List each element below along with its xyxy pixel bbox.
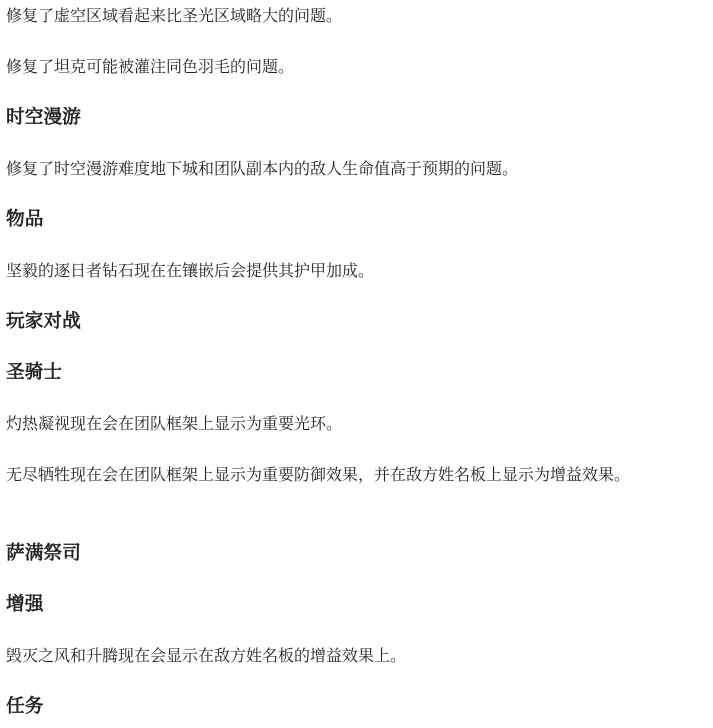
paragraph-timewalking-health-fix: 修复了时空漫游难度地下城和团队副本内的敌人生命值高于预期的问题。	[6, 155, 701, 182]
paragraph-ultimate-sacrifice: 无尽牺牲现在会在团队框架上显示为重要防御效果，并在敌方姓名板上显示为增益效果。	[6, 461, 701, 488]
heading-pvp: 玩家对战	[6, 308, 701, 335]
heading-shaman: 萨满祭司	[6, 540, 701, 567]
paragraph-tank-feather-fix: 修复了坦克可能被灌注同色羽毛的问题。	[6, 53, 701, 80]
paragraph-searing-glare: 灼热凝视现在会在团队框架上显示为重要光环。	[6, 410, 701, 437]
heading-timewalking: 时空漫游	[6, 104, 701, 131]
heading-items: 物品	[6, 206, 701, 233]
heading-enhancement: 增强	[6, 591, 701, 618]
paragraph-doom-winds-ascendance: 毁灭之风和升腾现在会显示在敌方姓名板的增益效果上。	[6, 642, 701, 669]
heading-quests: 任务	[6, 693, 701, 720]
paragraph-diamond-armor: 坚毅的逐日者钻石现在在镶嵌后会提供其护甲加成。	[6, 257, 701, 284]
heading-paladin: 圣骑士	[6, 359, 701, 386]
paragraph-void-zone-fix: 修复了虚空区域看起来比圣光区域略大的问题。	[6, 2, 701, 29]
